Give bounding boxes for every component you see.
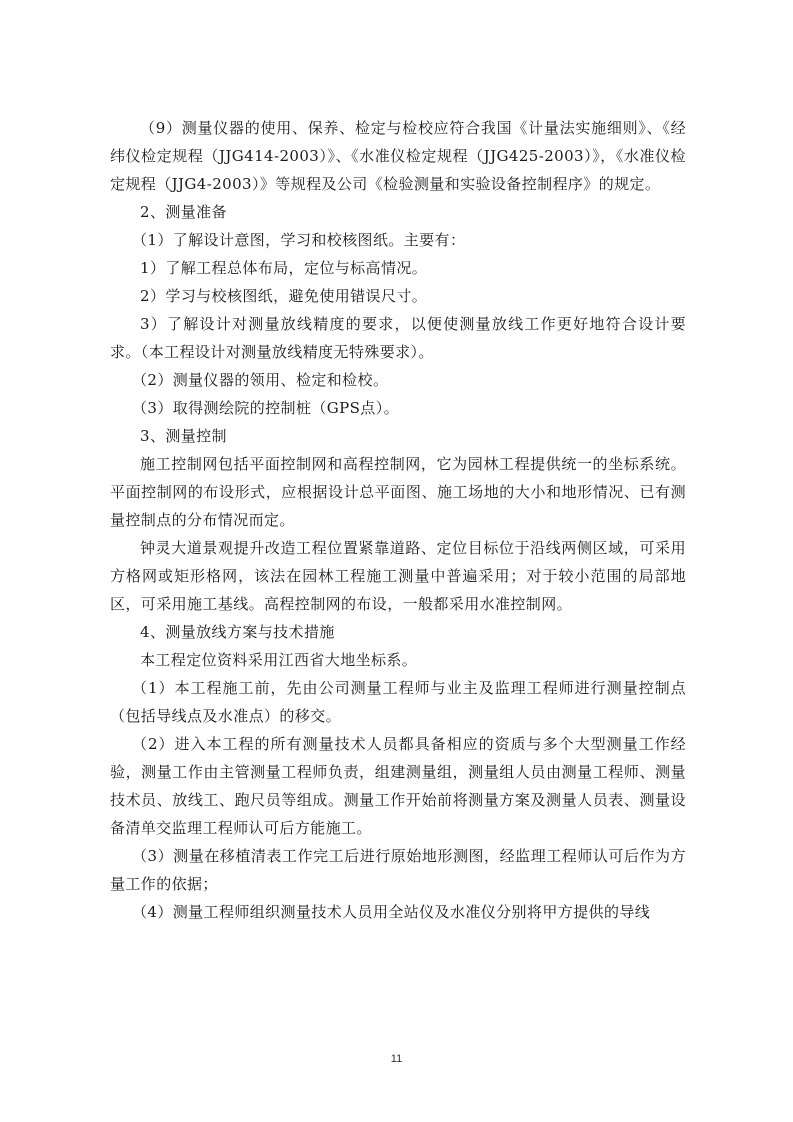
paragraph-coordinate-system: 本工程定位资料采用江西省大地坐标系。: [110, 646, 686, 674]
list-item-layout: 1）了解工程总体布局，定位与标高情况。: [110, 254, 686, 282]
paragraph-handover: （1）本工程施工前，先由公司测量工程师与业主及监理工程师进行测量控制点（包括导线…: [110, 674, 686, 730]
paragraph-control-stakes: （3）取得测绘院的控制桩（GPS点）。: [110, 394, 686, 422]
heading-survey-control: 3、测量控制: [110, 422, 686, 450]
paragraph-understand-design: （1）了解设计意图，学习和校核图纸。主要有：: [110, 226, 686, 254]
heading-survey-preparation: 2、测量准备: [110, 198, 686, 226]
paragraph-instrument-standards: （9）测量仪器的使用、保养、检定与检校应符合我国《计量法实施细则》、《经纬仪检定…: [110, 114, 686, 198]
page-number: 11: [0, 1053, 793, 1065]
paragraph-project-grid: 钟灵大道景观提升改造工程位置紧靠道路、定位目标位于沿线两侧区域，可采用方格网或矩…: [110, 534, 686, 618]
heading-setting-out-plan: 4、测量放线方案与技术措施: [110, 618, 686, 646]
list-item-precision: 3）了解设计对测量放线精度的要求，以便使测量放线工作更好地符合设计要求。（本工程…: [110, 310, 686, 366]
paragraph-original-terrain: （3）测量在移植清表工作完工后进行原始地形测图，经监理工程师认可后作为方量工作的…: [110, 842, 686, 898]
document-body: （9）测量仪器的使用、保养、检定与检校应符合我国《计量法实施细则》、《经纬仪检定…: [110, 114, 686, 926]
paragraph-instrument-collection: （2）测量仪器的领用、检定和检校。: [110, 366, 686, 394]
paragraph-survey-team: （2）进入本工程的所有测量技术人员都具备相应的资质与多个大型测量工作经验，测量工…: [110, 730, 686, 842]
list-item-check-drawings: 2）学习与校核图纸，避免使用错误尺寸。: [110, 282, 686, 310]
paragraph-control-network: 施工控制网包括平面控制网和高程控制网，它为园林工程提供统一的坐标系统。平面控制网…: [110, 450, 686, 534]
paragraph-total-station: （4）测量工程师组织测量技术人员用全站仪及水准仪分别将甲方提供的导线: [110, 898, 686, 926]
